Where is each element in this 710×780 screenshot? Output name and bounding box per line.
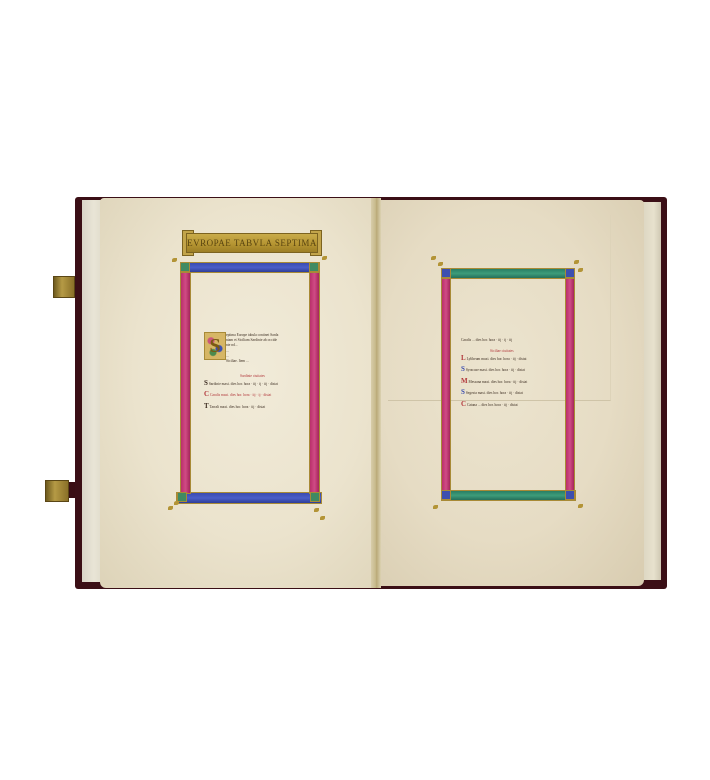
entry: M Messana maxi. dies hor. hora · iij · d… bbox=[461, 379, 527, 385]
leaf-ornament-icon bbox=[314, 508, 319, 512]
title-banner: EVROPAE TABVLA SEPTIMA bbox=[186, 233, 318, 253]
leaf-ornament-icon bbox=[578, 504, 583, 508]
right-frame-corner-tl bbox=[441, 268, 451, 278]
leaf-ornament-icon bbox=[431, 256, 436, 260]
left-frame-corner-br bbox=[310, 492, 320, 502]
entry: T Tarrali maxi. dies hor. hora · iij · d… bbox=[204, 404, 278, 410]
right-frame-corner-bl bbox=[441, 490, 451, 500]
right-frame-top bbox=[441, 268, 575, 279]
left-frame-corner-tr bbox=[309, 262, 319, 272]
clasp-top bbox=[53, 276, 75, 298]
illuminated-initial: S bbox=[204, 332, 226, 360]
entry: S Segesta maxi. dies hor. hora · iij · d… bbox=[461, 390, 527, 396]
right-frame-bottom bbox=[441, 490, 576, 501]
leaf-ornament-icon bbox=[574, 260, 579, 264]
left-rubric-heading: Sardinie ciuitates bbox=[240, 374, 265, 379]
title-text: EVROPAE TABVLA SEPTIMA bbox=[187, 238, 317, 248]
leaf-ornament-icon bbox=[168, 506, 173, 510]
leaf-ornament-icon bbox=[438, 262, 443, 266]
left-intro-text: eptima Europe tabula continet Sarda niam… bbox=[226, 333, 278, 364]
right-rubric-heading: Siciliae ciuitates bbox=[490, 349, 514, 354]
right-entries: L Lylibeum maxi. dies hor. hora · iij · … bbox=[461, 356, 527, 408]
book-gutter bbox=[371, 198, 381, 588]
right-frame-right bbox=[565, 278, 575, 492]
right-frame-left bbox=[441, 278, 451, 492]
left-frame-top bbox=[180, 262, 320, 273]
leaf-ornament-icon bbox=[433, 505, 438, 509]
leaf-ornament-icon bbox=[320, 516, 325, 520]
right-intro-text: Caralis ... dies hor. hora · iij · ij · … bbox=[461, 338, 512, 343]
entry: C Caralis maxi. dies hor. hora · iij · i… bbox=[204, 392, 278, 398]
leaf-ornament-icon bbox=[174, 501, 179, 505]
right-frame-corner-tr bbox=[565, 268, 575, 278]
right-frame-corner-br bbox=[565, 490, 575, 500]
leaf-ornament-icon bbox=[578, 268, 583, 272]
clasp-bottom bbox=[45, 480, 69, 502]
entry: S Sardinie maxi. dies hor. hora · iij · … bbox=[204, 381, 278, 387]
entry: C Catana ... dies hor. hora · iij · dist… bbox=[461, 402, 527, 408]
leaf-ornament-icon bbox=[322, 256, 327, 260]
left-frame-corner-tl bbox=[180, 262, 190, 272]
left-frame-bottom bbox=[176, 492, 322, 504]
left-frame-right bbox=[309, 272, 320, 494]
leaf-ornament-icon bbox=[172, 258, 177, 262]
entry: S Syracuse maxi. dies hor. hora · iij · … bbox=[461, 367, 527, 373]
left-frame-left bbox=[180, 272, 191, 494]
entry: L Lylibeum maxi. dies hor. hora · iij · … bbox=[461, 356, 527, 362]
left-entries: S Sardinie maxi. dies hor. hora · iij · … bbox=[204, 381, 278, 410]
